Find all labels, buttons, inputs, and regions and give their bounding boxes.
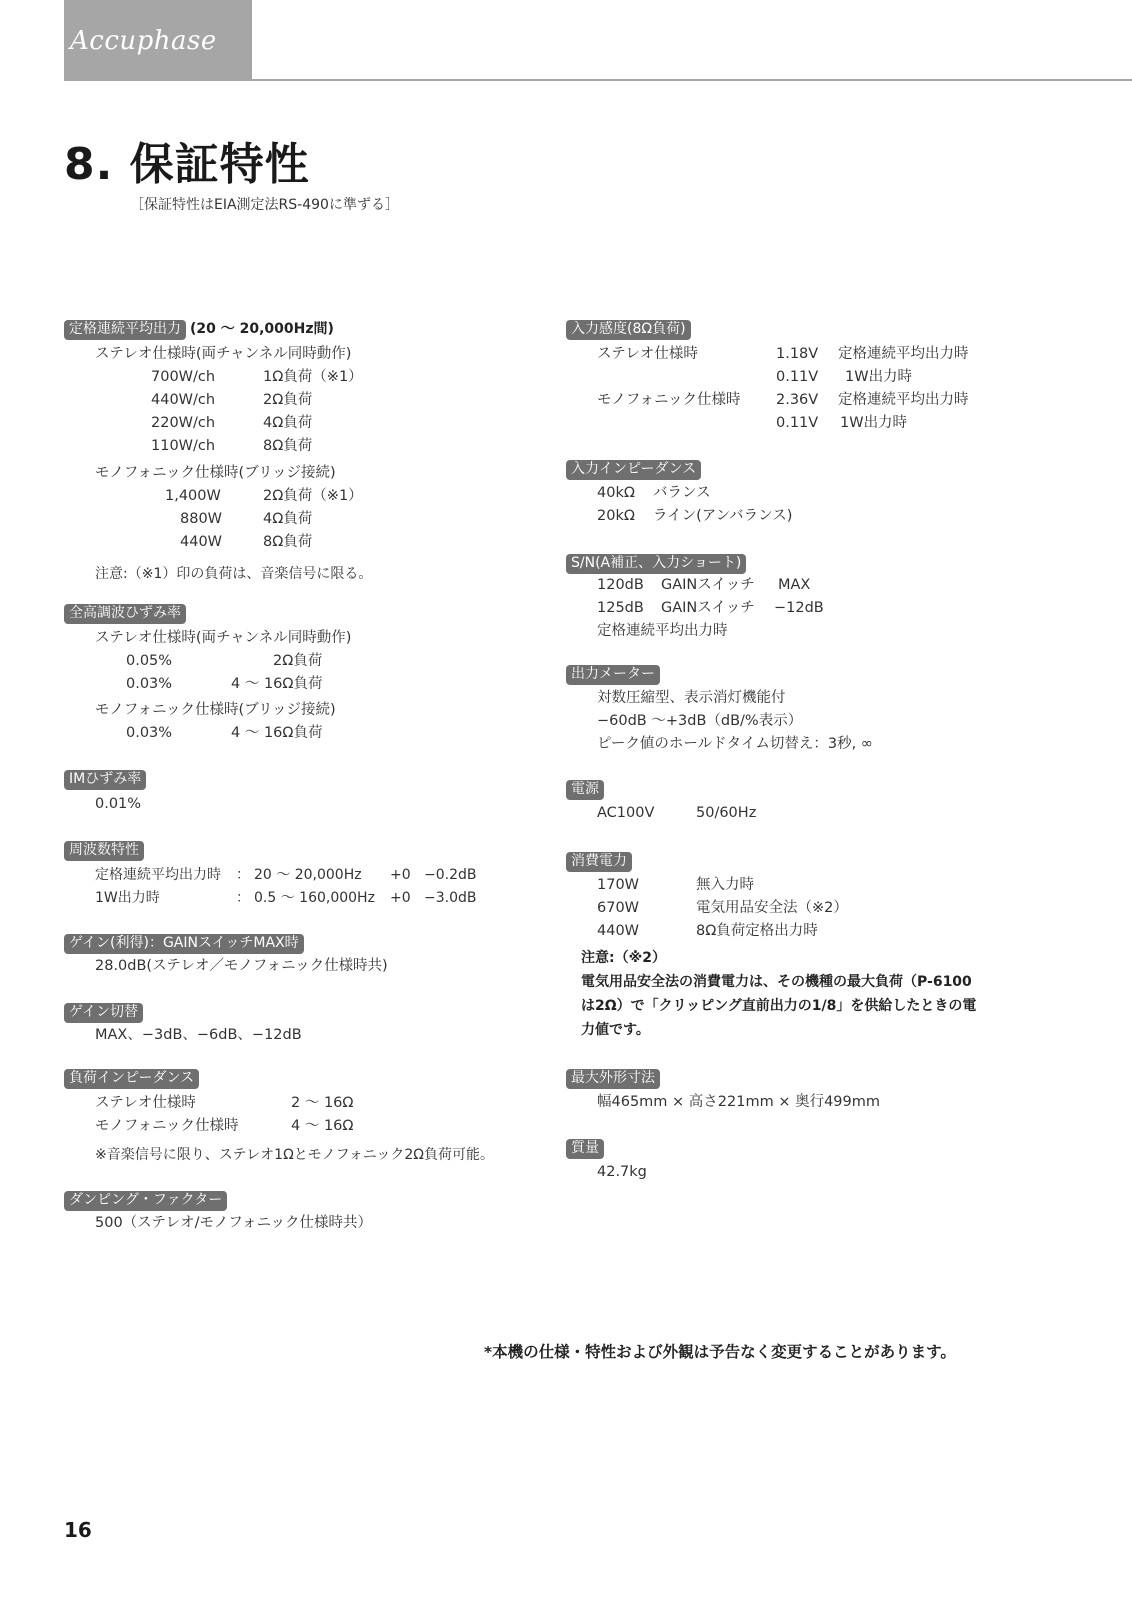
- section-damping-factor: ダンピング・ファクター 500（ステレオ/モノフォニック仕様時共）: [64, 1189, 227, 1235]
- spec-value: 170W: [597, 874, 639, 897]
- spec-value: 40kΩ: [597, 482, 635, 505]
- section-label: 入力インピーダンス: [566, 460, 701, 480]
- spec-load: 4 ～ 16Ω負荷: [231, 722, 322, 745]
- spec-value: 0.11V: [776, 366, 818, 389]
- spec-value: 700W/ch: [151, 366, 215, 389]
- note-title: 注意:（※2）: [581, 946, 976, 970]
- spec-value: 0.05%: [126, 650, 172, 673]
- section-label: 全高調波ひずみ率: [64, 604, 186, 624]
- spec-value: 42.7kg: [597, 1161, 647, 1184]
- section-label: 電源: [566, 780, 604, 800]
- spec-value: 125dB: [597, 597, 644, 620]
- section-dimensions: 最大外形寸法 幅465mm × 高さ221mm × 奥行499mm: [566, 1067, 660, 1114]
- spec-value: AC100V: [597, 802, 654, 825]
- spec-load: 4 ～ 16Ω負荷: [231, 673, 322, 696]
- section-output-meter: 出力メーター 対数圧縮型、表示消灯機能付 −60dB ～+3dB（dB/%表示）…: [566, 663, 660, 756]
- freq-plus: +0: [390, 887, 411, 910]
- brand-logo: Accuphase: [70, 26, 217, 56]
- section-label: ゲイン(利得)：GAINスイッチMAX時: [64, 934, 304, 954]
- freq-minus: −0.2dB: [424, 864, 477, 887]
- spec-load: 8Ω負荷: [263, 531, 312, 554]
- section-label: 出力メーター: [566, 665, 660, 685]
- mode-label: モノフォニック仕様時: [597, 389, 741, 412]
- note-text: ※音楽信号に限り、ステレオ1Ωとモノフォニック2Ω負荷可能。: [95, 1144, 494, 1167]
- spec-value: 2.36V: [776, 389, 818, 412]
- meter-line: 対数圧縮型、表示消灯機能付: [597, 687, 786, 710]
- section-label: IMひずみ率: [64, 770, 146, 790]
- spec-condition: 1W出力時: [845, 366, 912, 389]
- spec-value: 220W/ch: [151, 412, 215, 435]
- spec-value: 440W: [597, 920, 639, 943]
- spec-value: 1,400W: [165, 485, 221, 508]
- spec-desc: 8Ω負荷定格出力時: [696, 920, 818, 943]
- spec-setting: MAX: [778, 574, 810, 597]
- meter-line: ピーク値のホールドタイム切替え：3秒, ∞: [597, 733, 873, 756]
- freq-condition: 1W出力時: [95, 887, 160, 910]
- mode-label: ステレオ仕様時: [597, 343, 698, 366]
- section-load-impedance: 負荷インピーダンス ステレオ仕様時2 ～ 16Ω モノフォニック仕様時4 ～ 1…: [64, 1067, 199, 1167]
- spec-desc: 電気用品安全法（※2）: [696, 897, 848, 920]
- section-label: 消費電力: [566, 852, 632, 872]
- section-label: 入力感度(8Ω負荷): [566, 320, 691, 340]
- spec-desc: バランス: [653, 482, 711, 505]
- page-title: 8. 保証特性: [64, 128, 310, 192]
- section-label-extra: (20 ～ 20,000Hz間): [190, 321, 334, 337]
- spec-value: 110W/ch: [151, 435, 215, 458]
- note-line: 電気用品安全法の消費電力は、その機種の最大負荷（P-6100: [581, 970, 976, 994]
- spec-switch: GAINスイッチ: [661, 574, 755, 597]
- section-mass: 質量 42.7kg: [566, 1137, 604, 1184]
- spec-value: 2 ～ 16Ω: [291, 1092, 353, 1115]
- spec-value: 0.11V: [776, 412, 818, 435]
- section-power-supply: 電源 AC100V50/60Hz: [566, 778, 604, 825]
- section-label: 周波数特性: [64, 841, 144, 861]
- freq-condition: 定格連続平均出力時: [95, 864, 221, 887]
- spec-load: 4Ω負荷: [263, 412, 312, 435]
- spec-value: 1.18V: [776, 343, 818, 366]
- freq-range: 0.5 ～ 160,000Hz: [254, 887, 375, 910]
- section-rated-output: 定格連続平均出力(20 ～ 20,000Hz間) ステレオ仕様時(両チャンネル同…: [64, 318, 334, 586]
- spec-condition: 定格連続平均出力時: [597, 620, 728, 643]
- section-label: S/N(A補正、入力ショート): [566, 554, 746, 574]
- spec-desc: 無入力時: [696, 874, 754, 897]
- spec-value: 120dB: [597, 574, 644, 597]
- separator: ：: [236, 887, 250, 910]
- spec-value: 440W: [180, 531, 222, 554]
- spec-value: 4 ～ 16Ω: [291, 1115, 353, 1138]
- section-input-sensitivity: 入力感度(8Ω負荷) ステレオ仕様時1.18V定格連続平均出力時 0.11V1W…: [566, 318, 691, 435]
- spec-condition: 定格連続平均出力時: [838, 343, 969, 366]
- spec-value: 670W: [597, 897, 639, 920]
- mode-label: モノフォニック仕様時: [95, 1115, 239, 1138]
- mono-heading: モノフォニック仕様時(ブリッジ接続): [95, 699, 336, 722]
- section-gain-switch: ゲイン切替 MAX、−3dB、−6dB、−12dB: [64, 1001, 143, 1047]
- mono-heading: モノフォニック仕様時(ブリッジ接続): [95, 462, 336, 485]
- section-label: 負荷インピーダンス: [64, 1069, 199, 1089]
- spec-value: 0.01%: [95, 793, 141, 816]
- section-label: ゲイン切替: [64, 1003, 143, 1023]
- spec-load: 2Ω負荷: [273, 650, 322, 673]
- page-number: 16: [64, 1518, 92, 1542]
- spec-value: 440W/ch: [151, 389, 215, 412]
- section-power-consumption: 消費電力 170W無入力時 670W電気用品安全法（※2） 440W8Ω負荷定格…: [566, 850, 976, 1042]
- section-gain: ゲイン(利得)：GAINスイッチMAX時 28.0dB(ステレオ／モノフォニック…: [64, 932, 304, 978]
- spec-setting: −12dB: [774, 597, 824, 620]
- spec-value: 20kΩ: [597, 505, 635, 528]
- header-divider: [64, 79, 1132, 81]
- section-input-impedance: 入力インピーダンス 40kΩバランス 20kΩライン(アンバランス): [566, 458, 701, 528]
- spec-condition: 1W出力時: [840, 412, 907, 435]
- stereo-heading: ステレオ仕様時(両チャンネル同時動作): [95, 343, 351, 366]
- freq-minus: −3.0dB: [424, 887, 477, 910]
- spec-value: 幅465mm × 高さ221mm × 奥行499mm: [597, 1091, 880, 1114]
- section-label: 質量: [566, 1139, 604, 1159]
- spec-value: 0.03%: [126, 722, 172, 745]
- note-text: 注意:（※1）印の負荷は、音楽信号に限る。: [95, 563, 372, 586]
- mode-label: ステレオ仕様時: [95, 1092, 196, 1115]
- section-label: ダンピング・ファクター: [64, 1191, 227, 1211]
- freq-range: 20 ～ 20,000Hz: [254, 864, 362, 887]
- stereo-heading: ステレオ仕様時(両チャンネル同時動作): [95, 627, 351, 650]
- meter-line: −60dB ～+3dB（dB/%表示）: [597, 710, 802, 733]
- spec-switch: GAINスイッチ: [661, 597, 755, 620]
- spec-value: 500（ステレオ/モノフォニック仕様時共）: [95, 1212, 372, 1235]
- spec-value: 0.03%: [126, 673, 172, 696]
- disclaimer-note: *本機の仕様・特性および外観は予告なく変更することがあります。: [484, 1340, 956, 1362]
- section-label: 定格連続平均出力: [64, 320, 186, 340]
- separator: ：: [236, 864, 250, 887]
- section-frequency-response: 周波数特性 定格連続平均出力時：20 ～ 20,000Hz+0−0.2dB 1W…: [64, 839, 144, 910]
- spec-desc: 50/60Hz: [696, 802, 756, 825]
- spec-load: 1Ω負荷（※1）: [263, 366, 363, 389]
- spec-load: 8Ω負荷: [263, 435, 312, 458]
- note-line: 力値です。: [581, 1018, 976, 1042]
- spec-load: 4Ω負荷: [263, 508, 312, 531]
- spec-condition: 定格連続平均出力時: [838, 389, 969, 412]
- freq-plus: +0: [390, 864, 411, 887]
- spec-load: 2Ω負荷: [263, 389, 312, 412]
- section-signal-to-noise: S/N(A補正、入力ショート) 120dBGAINスイッチMAX 125dBGA…: [566, 552, 746, 643]
- note-line: は2Ω）で「クリッピング直前出力の1/8」を供給したときの電: [581, 994, 976, 1018]
- page-subtitle: ［保証特性はEIA測定法RS-490に準ずる］: [130, 194, 399, 214]
- spec-load: 2Ω負荷（※1）: [263, 485, 363, 508]
- spec-value: MAX、−3dB、−6dB、−12dB: [95, 1024, 302, 1047]
- section-thd: 全高調波ひずみ率 ステレオ仕様時(両チャンネル同時動作) 0.05%2Ω負荷 0…: [64, 602, 186, 745]
- spec-value: 880W: [180, 508, 222, 531]
- spec-desc: ライン(アンバランス): [653, 505, 792, 528]
- section-label: 最大外形寸法: [566, 1069, 660, 1089]
- section-im-distortion: IMひずみ率 0.01%: [64, 768, 146, 816]
- spec-value: 28.0dB(ステレオ／モノフォニック仕様時共): [95, 955, 388, 978]
